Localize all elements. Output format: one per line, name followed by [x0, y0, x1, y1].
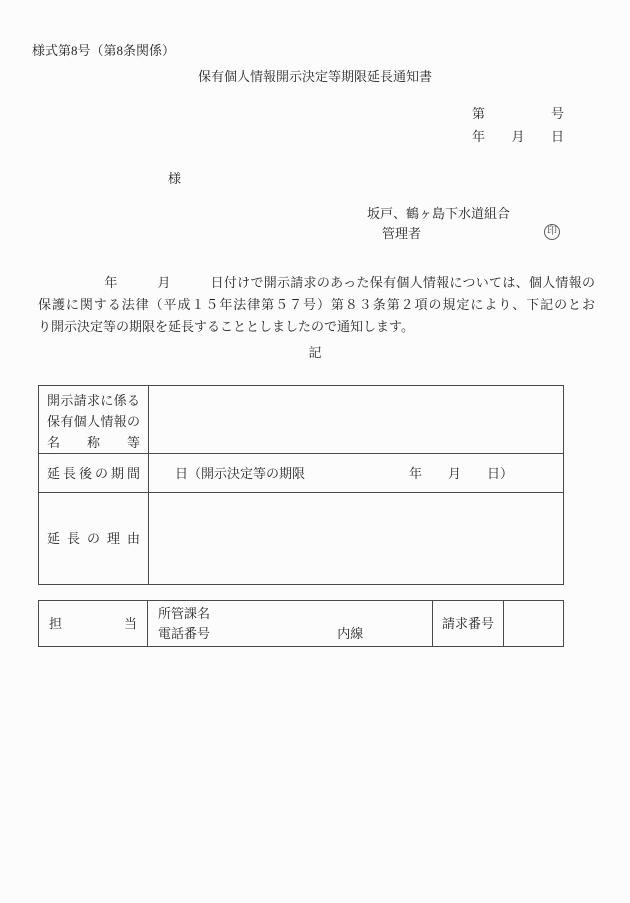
phone-number-label: 電話番号 [158, 626, 210, 641]
disclosure-name-value-cell [149, 386, 564, 454]
recipient-honorific: 様 [168, 172, 181, 185]
contact-table: 担当 所管課名 電話番号 内線 請求番号 [38, 600, 564, 647]
body-line: り開示決定等の期限を延長することとしましたので通知します。 [38, 316, 595, 338]
doc-number-prefix: 第 [472, 107, 485, 120]
page-title: 保有個人情報開示決定等期限延長通知書 [0, 70, 630, 83]
issuer-title: 管理者 [382, 227, 421, 240]
body-paragraph: 年 月 日付けで開示請求のあった保有個人情報については、個人情報の 保護に関する… [38, 272, 595, 338]
doc-number-line: 第 号 [472, 107, 564, 120]
phone-line: 電話番号 内線 [158, 624, 424, 644]
extension-reason-value-cell [149, 493, 564, 585]
table-row: 延長後の期間 日（開示決定等の期限 年 月 日） [39, 454, 564, 493]
table-row: 担当 所管課名 電話番号 内線 請求番号 [39, 601, 564, 647]
row-label-extension-reason: 延長の理由 [39, 493, 149, 585]
request-number-value-cell [504, 601, 564, 647]
extension-label: 内線 [337, 626, 363, 641]
date-year-label: 年 [472, 130, 485, 143]
body-line: 保護に関する法律（平成１５年法律第５７号）第８３条第２項の規定により、下記のとお [38, 294, 595, 316]
body-line: 年 月 日付けで開示請求のあった保有個人情報については、個人情報の [38, 272, 595, 294]
issuer-organization: 坂戸、鶴ヶ島下水道組合 [367, 207, 510, 220]
form-number: 様式第8号（第8条関係） [32, 44, 175, 57]
extended-period-value-cell: 日（開示決定等の期限 年 月 日） [149, 454, 564, 493]
table-row: 延長の理由 [39, 493, 564, 585]
date-day-label: 日 [551, 130, 564, 143]
issue-date-line: 年 月 日 [472, 130, 564, 143]
request-number-label: 請求番号 [433, 601, 504, 647]
document-page: 様式第8号（第8条関係） 保有個人情報開示決定等期限延長通知書 第 号 年 月 … [0, 0, 630, 903]
table-row: 開示請求に係る 保有個人情報の 名称等 [39, 386, 564, 454]
department-name-label: 所管課名 [158, 604, 424, 624]
main-table: 開示請求に係る 保有個人情報の 名称等 延長後の期間 日（開示決定等の期限 年 … [38, 385, 564, 585]
date-month-label: 月 [511, 130, 524, 143]
row-label-disclosure-name: 開示請求に係る 保有個人情報の 名称等 [39, 386, 149, 454]
doc-number-suffix: 号 [551, 107, 564, 120]
list-marker: 記 [0, 346, 630, 359]
contact-label: 担当 [39, 601, 148, 647]
department-phone-cell: 所管課名 電話番号 内線 [148, 601, 433, 647]
row-label-extended-period: 延長後の期間 [39, 454, 149, 493]
seal-mark-icon: 印 [544, 224, 560, 240]
